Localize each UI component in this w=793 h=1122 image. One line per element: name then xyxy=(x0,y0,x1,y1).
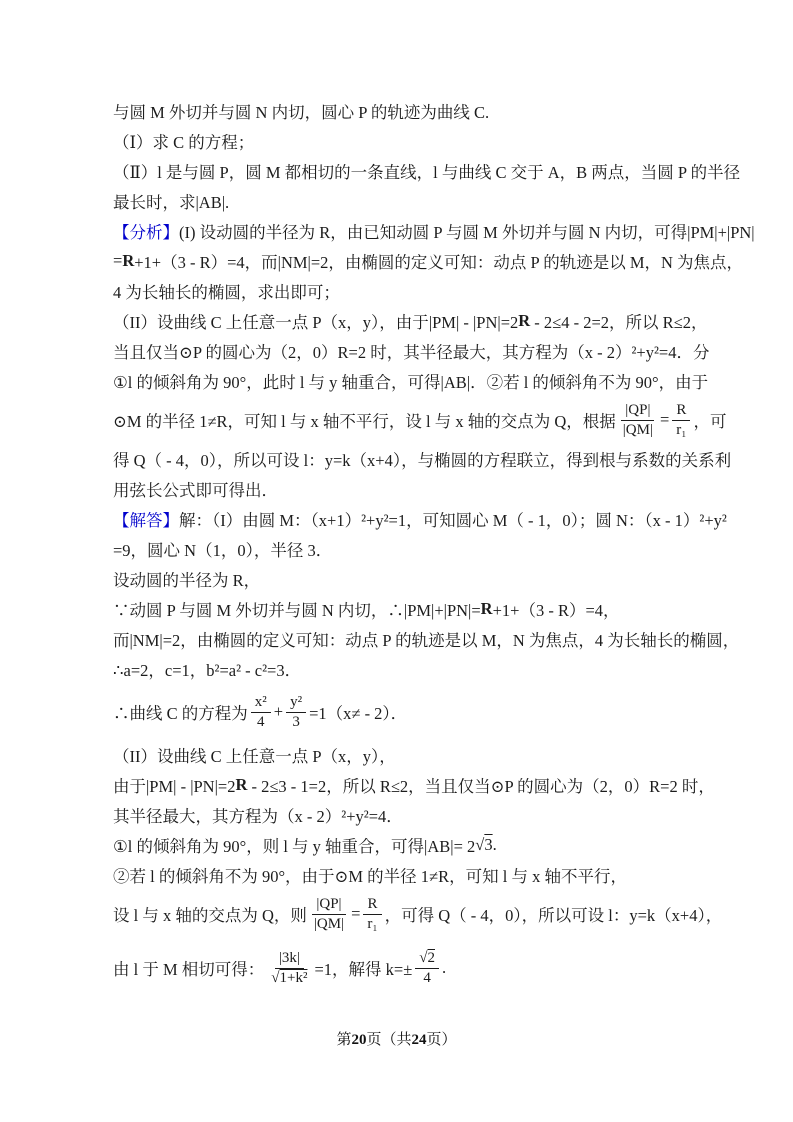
text-run: （Ⅱ）l 是与圆 P，圆 M 都相切的一条直线，l 与曲线 C 交于 A，B 两… xyxy=(113,159,740,183)
text-run: 由于|PM| - |PN|=2 xyxy=(113,773,235,797)
fraction-numerator: |QP| xyxy=(312,895,345,915)
fraction-numerator: |3k| xyxy=(275,949,304,969)
text-run: （Ⅰ）求 C 的方程； xyxy=(113,129,254,153)
text-run: 最长时，求|AB|. xyxy=(113,189,229,213)
text-run: （II）设曲线 C 上任意一点 P（x，y），由于|PM| - |PN|=2 xyxy=(113,309,518,333)
text-run: 与圆 M 外切并与圆 N 内切，圆心 P 的轨迹为曲线 C. xyxy=(113,99,489,123)
text-run: . xyxy=(493,835,497,855)
analysis-line-6: ①l 的倾斜角为 90°，此时 l 与 y 轴重合，可得|AB|．②若 l 的倾… xyxy=(113,366,691,396)
text-run: ∴a=2，c=1，b²=a² - c²=3． xyxy=(113,657,301,681)
equals-sign: = xyxy=(351,904,360,924)
fraction-denominator: r₁ xyxy=(672,421,690,440)
text-run: =1（x≠ - 2）． xyxy=(309,700,407,724)
text-run: 设动圆的半径为 R， xyxy=(113,567,260,591)
fraction-denominator: 4 xyxy=(419,969,435,988)
fraction-numerator: R xyxy=(363,895,381,915)
document-content: 与圆 M 外切并与圆 N 内切，圆心 P 的轨迹为曲线 C. （Ⅰ）求 C 的方… xyxy=(113,96,691,998)
fraction-denominator: |QM| xyxy=(619,421,657,440)
equals-sign: = xyxy=(660,410,669,430)
problem-line-4: 最长时，求|AB|. xyxy=(113,186,691,216)
analysis-line-5: 当且仅当⊙P 的圆心为（2，0）R=2 时，其半径最大，其方程为（x - 2）²… xyxy=(113,336,691,366)
analysis-line-8: 得 Q（ - 4，0），所以可设 l：y=k（x+4），与椭圆的方程联立，得到根… xyxy=(113,444,691,474)
current-page-number: 20 xyxy=(351,1032,366,1048)
solution-line-11: ①l 的倾斜角为 90°，则 l 与 y 轴重合，可得|AB|= 2√3. xyxy=(113,830,691,860)
formula-fraction: Rr₁ xyxy=(363,895,381,934)
sqrt-radicand: 3 xyxy=(484,835,492,855)
bold-variable: R xyxy=(518,311,530,331)
text-run: 解：（I）由圆 M：（x+1）²+y²=1，可知圆心 M（ - 1，0）；圆 N… xyxy=(179,507,727,531)
solution-line-12: ②若 l 的倾斜角不为 90°，由于⊙M 的半径 1≠R，可知 l 与 x 轴不… xyxy=(113,860,691,890)
problem-line-1: 与圆 M 外切并与圆 N 内切，圆心 P 的轨迹为曲线 C. xyxy=(113,96,691,126)
solution-line-3: 设动圆的半径为 R， xyxy=(113,564,691,594)
analysis-label: 【分析】 xyxy=(113,219,179,243)
text-run: ，可得 Q（ - 4，0），所以可设 l：y=k（x+4）， xyxy=(385,902,723,926)
formula-fraction: y²3 xyxy=(286,693,306,732)
solution-line-7: ∴曲线 C 的方程为x²4+y²3=1（x≠ - 2）． xyxy=(113,684,691,740)
text-run: +1+（3 - R）=4，而|NM|=2，由椭圆的定义可知：动点 P 的轨迹是以… xyxy=(134,249,743,273)
plus-sign: + xyxy=(274,702,283,722)
formula-fraction: x²4 xyxy=(251,693,271,732)
text-run: - 2≤4 - 2=2，所以 R≤2， xyxy=(530,309,707,333)
problem-line-3: （Ⅱ）l 是与圆 P，圆 M 都相切的一条直线，l 与曲线 C 交于 A，B 两… xyxy=(113,156,691,186)
text-run: 设 l 与 x 轴的交点为 Q，则 xyxy=(113,902,307,926)
analysis-line-9: 用弦长公式即可得出． xyxy=(113,474,691,504)
formula-fraction: Rr₁ xyxy=(672,401,690,440)
formula-fraction: |3k|√1+k² xyxy=(267,949,311,988)
formula-fraction: |QP||QM| xyxy=(619,401,657,440)
text-run: =1，解得 k=± xyxy=(314,956,412,980)
text-run: ①l 的倾斜角为 90°，此时 l 与 y 轴重合，可得|AB|．②若 l 的倾… xyxy=(113,369,708,393)
fraction-denominator: √1+k² xyxy=(267,969,311,988)
analysis-line-2: =R+1+（3 - R）=4，而|NM|=2，由椭圆的定义可知：动点 P 的轨迹… xyxy=(113,246,691,276)
solution-line-14: 由 l 于 M 相切可得：|3k|√1+k²=1，解得 k=±√24. xyxy=(113,938,691,998)
sqrt-symbol: √ xyxy=(475,835,484,855)
fraction-denominator: 3 xyxy=(288,713,304,732)
solution-line-5: 而|NM|=2，由椭圆的定义可知：动点 P 的轨迹是以 M，N 为焦点，4 为长… xyxy=(113,624,691,654)
sqrt-radicand: 1+k² xyxy=(280,970,308,986)
text-run: . xyxy=(442,958,446,978)
text-run: （II）设曲线 C 上任意一点 P（x，y）， xyxy=(113,743,396,767)
text-run: 得 Q（ - 4，0），所以可设 l：y=k（x+4），与椭圆的方程联立，得到根… xyxy=(113,447,731,471)
problem-line-2: （Ⅰ）求 C 的方程； xyxy=(113,126,691,156)
solution-line-4: ∵动圆 P 与圆 M 外切并与圆 N 内切，∴|PM|+|PN|=R+1+（3 … xyxy=(113,594,691,624)
text-run: 由 l 于 M 相切可得： xyxy=(113,956,264,980)
bold-variable: R xyxy=(235,775,247,795)
fraction-denominator: 4 xyxy=(253,713,269,732)
fraction-numerator: y² xyxy=(286,693,306,713)
text-run: ②若 l 的倾斜角不为 90°，由于⊙M 的半径 1≠R，可知 l 与 x 轴不… xyxy=(113,863,627,887)
text-run: 4 为长轴长的椭圆，求出即可； xyxy=(113,279,340,303)
analysis-line-4: （II）设曲线 C 上任意一点 P（x，y），由于|PM| - |PN|=2R … xyxy=(113,306,691,336)
bold-variable: R xyxy=(481,599,493,619)
footer-text: 页） xyxy=(427,1032,457,1048)
solution-label: 【解答】 xyxy=(113,507,179,531)
document-page: 与圆 M 外切并与圆 N 内切，圆心 P 的轨迹为曲线 C. （Ⅰ）求 C 的方… xyxy=(0,0,793,1122)
text-run: 用弦长公式即可得出． xyxy=(113,477,278,501)
fraction-numerator: R xyxy=(672,401,690,421)
fraction-numerator: √2 xyxy=(415,949,439,969)
text-run: ⊙M 的半径 1≠R，可知 l 与 x 轴不平行，设 l 与 x 轴的交点为 Q… xyxy=(113,408,616,432)
formula-fraction: √24 xyxy=(415,949,439,988)
sqrt-symbol: √ xyxy=(271,970,279,986)
solution-line-13: 设 l 与 x 轴的交点为 Q，则|QP||QM|=Rr₁，可得 Q（ - 4，… xyxy=(113,890,691,938)
bold-variable: R xyxy=(122,251,134,271)
solution-line-2: =9，圆心 N（1，0），半径 3． xyxy=(113,534,691,564)
text-run: = xyxy=(113,251,122,271)
text-run: 而|NM|=2，由椭圆的定义可知：动点 P 的轨迹是以 M，N 为焦点，4 为长… xyxy=(113,627,739,651)
total-page-count: 24 xyxy=(412,1032,427,1048)
text-run: (I) 设动圆的半径为 R，由已知动圆 P 与圆 M 外切并与圆 N 内切，可得… xyxy=(179,219,755,243)
formula-fraction: |QP||QM| xyxy=(310,895,348,934)
text-run: ∵动圆 P 与圆 M 外切并与圆 N 内切，∴|PM|+|PN|= xyxy=(113,597,481,621)
fraction-denominator: |QM| xyxy=(310,915,348,934)
solution-line-6: ∴a=2，c=1，b²=a² - c²=3． xyxy=(113,654,691,684)
text-run: ，可 xyxy=(694,408,727,432)
text-run: ①l 的倾斜角为 90°，则 l 与 y 轴重合，可得|AB|= 2 xyxy=(113,833,475,857)
solution-line-8: （II）设曲线 C 上任意一点 P（x，y）， xyxy=(113,740,691,770)
text-run: 当且仅当⊙P 的圆心为（2，0）R=2 时，其半径最大，其方程为（x - 2）²… xyxy=(113,339,709,363)
solution-line-1: 【解答】解：（I）由圆 M：（x+1）²+y²=1，可知圆心 M（ - 1，0）… xyxy=(113,504,691,534)
analysis-line-7: ⊙M 的半径 1≠R，可知 l 与 x 轴不平行，设 l 与 x 轴的交点为 Q… xyxy=(113,396,691,444)
fraction-numerator: |QP| xyxy=(621,401,654,421)
sqrt-symbol: √ xyxy=(419,950,427,966)
text-run: =9，圆心 N（1，0），半径 3． xyxy=(113,537,332,561)
text-run: ∴曲线 C 的方程为 xyxy=(113,700,248,724)
fraction-denominator: r₁ xyxy=(363,915,381,934)
footer-text: 第 xyxy=(336,1032,351,1048)
fraction-numerator: x² xyxy=(251,693,271,713)
analysis-line-1: 【分析】(I) 设动圆的半径为 R，由已知动圆 P 与圆 M 外切并与圆 N 内… xyxy=(113,216,691,246)
footer-text: 页（共 xyxy=(366,1032,411,1048)
text-run: - 2≤3 - 1=2，所以 R≤2，当且仅当⊙P 的圆心为（2，0）R=2 时… xyxy=(247,773,715,797)
solution-line-10: 其半径最大，其方程为（x - 2）²+y²=4． xyxy=(113,800,691,830)
text-run: 其半径最大，其方程为（x - 2）²+y²=4． xyxy=(113,803,403,827)
text-run: +1+（3 - R）=4， xyxy=(493,597,620,621)
page-footer: 第20页（共24页） xyxy=(0,1028,793,1049)
sqrt-radicand: 2 xyxy=(428,950,436,966)
solution-line-9: 由于|PM| - |PN|=2R - 2≤3 - 1=2，所以 R≤2，当且仅当… xyxy=(113,770,691,800)
analysis-line-3: 4 为长轴长的椭圆，求出即可； xyxy=(113,276,691,306)
